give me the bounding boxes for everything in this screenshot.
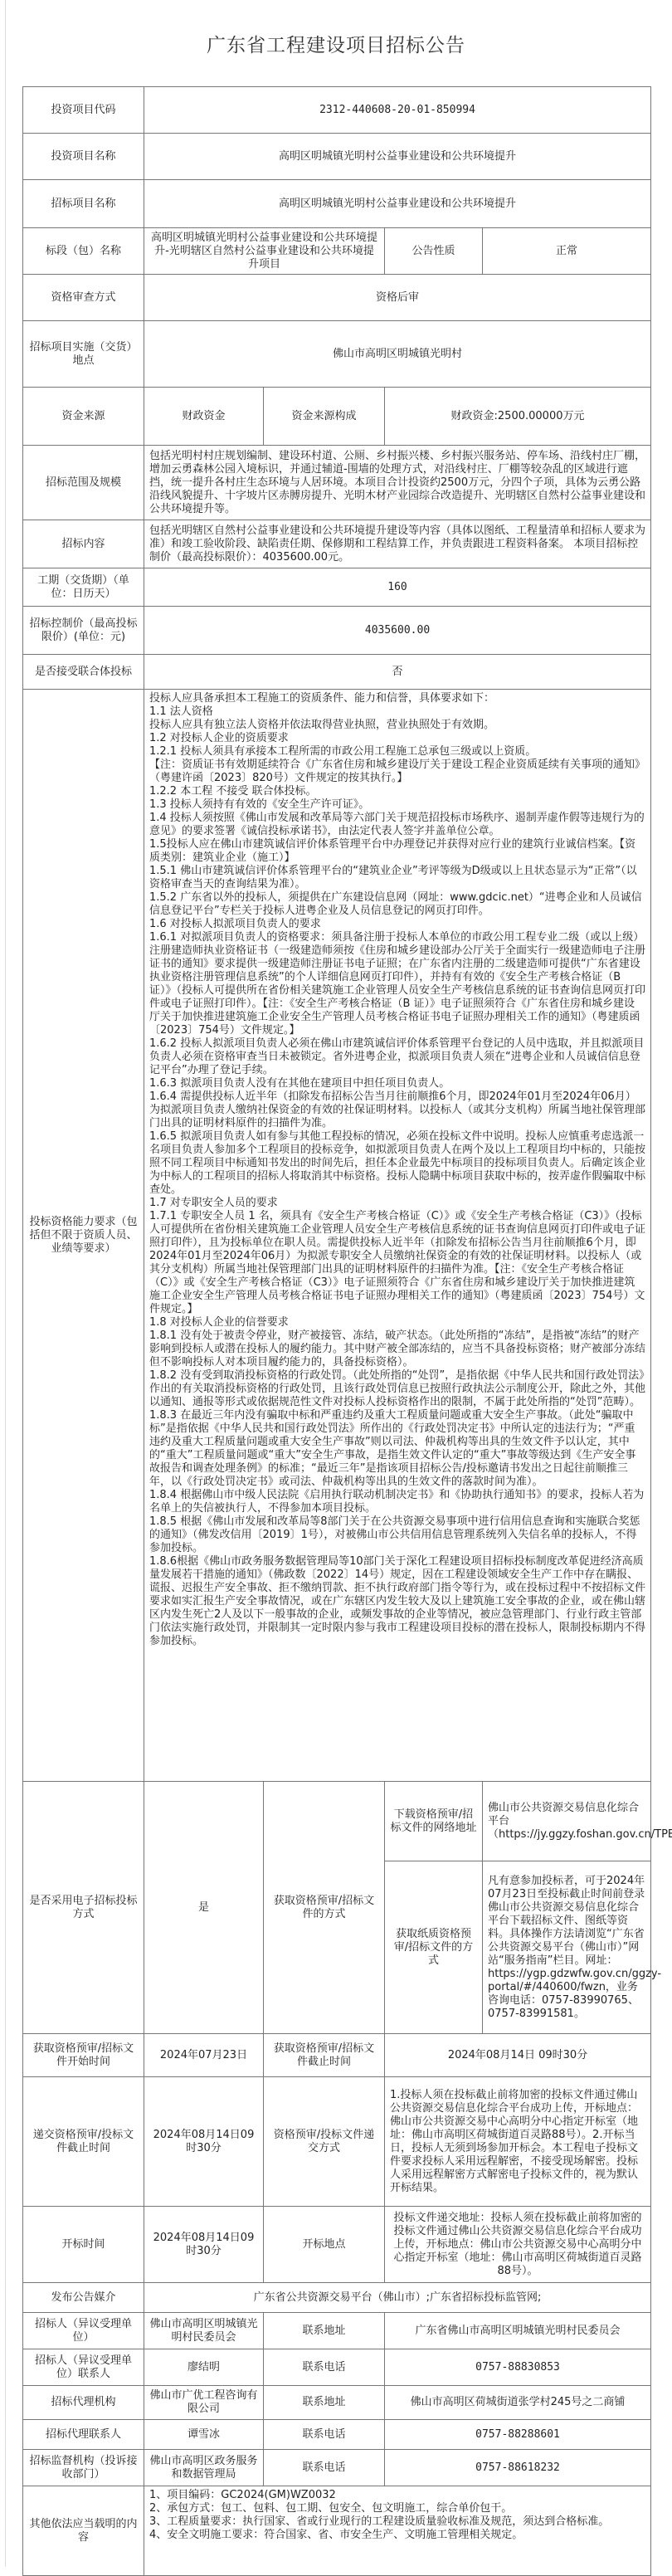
tenderer-value: 佛山市高明区明城镇光明村民委员会 [144, 2313, 264, 2349]
tender-name-label: 招标项目名称 [23, 180, 144, 228]
supervisor-phone-value: 0757-88618232 [385, 2450, 651, 2486]
qualification-paragraph: 1.8.2 没有受到取消投标资格的行政处罚。（此处所指的“处罚”，是指依据《中华… [149, 1369, 645, 1409]
qualification-paragraph: 1.5投标人应在佛山市建筑诚信评价体系管理平台中办理登记并获得对应行业的建筑行业… [149, 838, 645, 865]
tenderer-address-value: 广东省佛山市高明区明城镇光明村民委员会 [385, 2313, 651, 2349]
other-line: 3、工程质量要求：执行国家、省或行业现行的工程建设质量验收标准及规范，须达到合格… [149, 2515, 645, 2529]
agency-address-value: 佛山市高明区荷城街道张学村245号之二商铺 [385, 2386, 651, 2420]
supervisor-phone-label: 联系电话 [264, 2450, 385, 2486]
qualification-paragraph: 1.8.4 根据佛山市中级人民法院《启用执行联动机制决定书》和《协助执行通知书》… [149, 1489, 645, 1515]
qualification-paragraph: 1.4 投标人须按照《佛山市发展和改革局等六部门关于规范招投标市场秩序、遏制弄虚… [149, 812, 645, 838]
row-other: 其他依法应当载明的内容 1、项目编码：GC2024(GM)WZ0032 2、承包… [23, 2486, 651, 2576]
review-method-value: 资格后审 [144, 275, 651, 321]
qualification-paragraph: 1.7 对专职安全人员的要求 [149, 1197, 645, 1210]
qualification-paragraph: 1.5.1 佛山市建筑诚信评价体系管理平台的“建筑业企业”考评等级为D级或以上且… [149, 865, 645, 891]
other-line: 1、项目编码：GC2024(GM)WZ0032 [149, 2489, 645, 2502]
qualification-label: 投标资格能力要求（包括但不限于资质人员、业绩等要求） [23, 690, 144, 1782]
paper-method-value: 凡有意参加投标者，可于2024年07月23日至投标截止时间前登录佛山市公共资源交… [483, 1861, 651, 2034]
submit-method-label: 资格预审/投标文件递交方式 [264, 2077, 385, 2207]
row-content: 招标内容 包括光明辖区自然村公益事业建设和公共环境提升建设等内容（具体以图纸、工… [23, 520, 651, 568]
row-invest-code: 投资项目代码 2312-440608-20-01-850994 [23, 87, 651, 134]
agency-phone-value: 0757-88288601 [385, 2420, 651, 2450]
consortium-label: 是否接受联合体投标 [23, 655, 144, 690]
qualification-paragraph: 1.8.1 没有处于被责令停业，财产被接管、冻结，破产状态。（此处所指的“冻结”… [149, 1329, 645, 1369]
obtain-start-value: 2024年07月23日 [144, 2034, 264, 2077]
supervisor-label: 招标监督机构（投诉接收部门） [23, 2450, 144, 2486]
obtain-start-label: 获取资格预审/招标文件开始时间 [23, 2034, 144, 2077]
row-opening: 开标时间 2024年08月14日09时30分 开标地点 投标文件递交地址：投标人… [23, 2207, 651, 2283]
tenderer-address-label: 联系地址 [264, 2313, 385, 2349]
qualification-paragraph: 1.8 对投标人企业的信誉要求 [149, 1316, 645, 1329]
section-name-value: 高明区明城镇光明村公益事业建设和公共环境提升-光明辖区自然村公益事业建设和公共环… [144, 228, 385, 275]
row-location: 招标项目实施（交货）地点 佛山市高明区明城镇光明村 [23, 321, 651, 388]
agency-contact-label: 招标代理联系人 [23, 2420, 144, 2450]
qualification-paragraph: 1.3 投标人须持有有效的《安全生产许可证》。 [149, 798, 645, 812]
qualification-paragraph: 1.7.1 专职安全人员 1 名，须具有《安全生产考核合格证（C）》或《安全生产… [149, 1210, 645, 1316]
other-body: 1、项目编码：GC2024(GM)WZ0032 2、承包方式：包工、包料、包工期… [144, 2486, 651, 2576]
tender-name-value: 高明区明城镇光明村公益事业建设和公共环境提升 [144, 180, 651, 228]
row-obtain-time: 获取资格预审/招标文件开始时间 2024年07月23日 获取资格预审/招标文件截… [23, 2034, 651, 2077]
content-value: 包括光明辖区自然村公益事业建设和公共环境提升建设等内容（具体以图纸、工程量清单和… [144, 520, 651, 568]
obtain-method-label: 获取资格预审/招标文件的方式 [264, 1782, 385, 2034]
duration-label: 工期（交货期）（单位：日历天） [23, 568, 144, 607]
scope-value: 包括光明村村庄规划编制、建设环村道、公厕、乡村振兴楼、乡村振兴服务站、停车场、沿… [144, 446, 651, 520]
row-control-price: 招标控制价（最高投标限价）(单位：元) 4035600.00 [23, 607, 651, 655]
qualification-paragraph: 1.8.5 根据《佛山市发展和改革局等8部门关于在公共资源交易事项中进行信用信息… [149, 1515, 645, 1555]
row-electronic-download: 是否采用电子招标投标方式 是 获取资格预审/招标文件的方式 下载资格预审/招标文… [23, 1782, 651, 1861]
notice-nature-label: 公告性质 [385, 228, 483, 275]
notice-page: 广东省工程建设项目招标公告 投资项目代码 2312-440608-20-01-8… [0, 0, 672, 2567]
row-section-name: 标段（包）名称 高明区明城镇光明村公益事业建设和公共环境提升-光明辖区自然村公益… [23, 228, 651, 275]
opening-time-value: 2024年08月14日09时30分 [144, 2207, 264, 2283]
electronic-label: 是否采用电子招标投标方式 [23, 1782, 144, 2034]
qualification-paragraph: 1.2.2 本工程 不接受 联合体投标。 [149, 785, 645, 798]
consortium-value: 否 [144, 655, 651, 690]
row-media: 发布公告媒介 广东省公共资源交易平台（佛山市）;广东省招标投标监管网; [23, 2283, 651, 2313]
notice-table: 投资项目代码 2312-440608-20-01-850994 投资项目名称 高… [22, 86, 651, 2576]
section-name-label: 标段（包）名称 [23, 228, 144, 275]
media-value: 广东省公共资源交易平台（佛山市）;广东省招标投标监管网; [144, 2283, 651, 2313]
location-label: 招标项目实施（交货）地点 [23, 321, 144, 388]
other-line: 2、承包方式：包工、包料、包工期、包安全、包文明施工，综合单价包干。 [149, 2502, 645, 2515]
qualification-paragraph: 1.6.5 拟派项目负责人如有参与其他工程投标的情况，必须在投标文件中说明。投标… [149, 1130, 645, 1197]
agency-label: 招标代理机构 [23, 2386, 144, 2420]
opening-place-value: 投标文件递交地址：投标人须在投标截止前将加密的投标文件通过佛山公共资源交易信息化… [385, 2207, 651, 2283]
qualification-paragraph: 投标人应具备承担本工程施工的资质条件、能力和信誉，具体要求如下： [149, 692, 645, 705]
qualification-paragraph: 【注：资质证书有效期延续符合《广东省住房和城乡建设厅关于建设工程企业资质延续有关… [149, 759, 645, 785]
qualification-paragraph: 1.1 法人资格 [149, 705, 645, 719]
opening-place-label: 开标地点 [264, 2207, 385, 2283]
qualification-paragraph: 1.6.2 投标人拟派项目负责人必须在佛山市建筑诚信评价体系管理平台登记的人员中… [149, 1037, 645, 1077]
obtain-end-label: 获取资格预审/招标文件截止时间 [264, 2034, 385, 2077]
media-label: 发布公告媒介 [23, 2283, 144, 2313]
row-consortium: 是否接受联合体投标 否 [23, 655, 651, 690]
scope-label: 招标范围及规模 [23, 446, 144, 520]
qualification-paragraph: 1.6 对投标人拟派项目负责人的要求 [149, 918, 645, 931]
tenderer-label: 招标人（异议受理单位） [23, 2313, 144, 2349]
page-left-rule [5, 0, 6, 2567]
obtain-end-value: 2024年08月14日 09时30分 [385, 2034, 651, 2077]
tenderer-phone-label: 联系电话 [264, 2349, 385, 2386]
invest-name-value: 高明区明城镇光明村公益事业建设和公共环境提升 [144, 134, 651, 180]
notice-nature-value: 正常 [483, 228, 651, 275]
funding-composition-value: 财政资金:2500.00000万元 [385, 388, 651, 446]
tenderer-contact-value: 廖结明 [144, 2349, 264, 2386]
review-method-label: 资格审查方式 [23, 275, 144, 321]
qualification-paragraph: 1.6.3 拟派项目负责人没有在其他在建项目中担任项目负责人。 [149, 1077, 645, 1090]
submit-method-value: 1.投标人须在投标截止前将加密的投标文件通过佛山公共资源交易信息化综合平台成功上… [385, 2077, 651, 2207]
download-url-label: 下载资格预审/招标文件的网络地址 [385, 1782, 483, 1861]
tenderer-contact-label: 招标人（异议受理单位）联系人 [23, 2349, 144, 2386]
funding-composition-label: 资金来源构成 [264, 388, 385, 446]
agency-address-label: 联系地址 [264, 2386, 385, 2420]
qualification-paragraph: 1.8.3 在最近三年内没有骗取中标和严重违约及重大工程质量问题或重大安全生产事… [149, 1409, 645, 1489]
electronic-value: 是 [144, 1782, 264, 2034]
page-title: 广东省工程建设项目招标公告 [0, 0, 672, 86]
row-agency-contact: 招标代理联系人 谭雪冰 联系电话 0757-88288601 [23, 2420, 651, 2450]
qualification-paragraph: 1.6.4 需提供投标人近半年（扣除发布招标公告当月往前顺推6个月，即2024年… [149, 1090, 645, 1130]
row-tender-name: 招标项目名称 高明区明城镇光明村公益事业建设和公共环境提升 [23, 180, 651, 228]
qualification-paragraph: 投标人应具有独立法人资格并依法取得营业执照，营业执照处于有效期。 [149, 719, 645, 732]
opening-time-label: 开标时间 [23, 2207, 144, 2283]
invest-name-label: 投资项目名称 [23, 134, 144, 180]
submit-deadline-label: 递交资格预审/投标文件截止时间 [23, 2077, 144, 2207]
submit-deadline-value: 2024年08月14日09时30分 [144, 2077, 264, 2207]
invest-code-value: 2312-440608-20-01-850994 [144, 87, 651, 134]
control-price-value: 4035600.00 [144, 607, 651, 655]
qualification-paragraph: 1.6.1 对拟派项目负责人的资格要求：须具备注册于投标人本单位的市政公用工程专… [149, 931, 645, 1037]
control-price-label: 招标控制价（最高投标限价）(单位：元) [23, 607, 144, 655]
invest-code-label: 投资项目代码 [23, 87, 144, 134]
row-invest-name: 投资项目名称 高明区明城镇光明村公益事业建设和公共环境提升 [23, 134, 651, 180]
other-label: 其他依法应当载明的内容 [23, 2486, 144, 2576]
row-agency: 招标代理机构 佛山市广优工程咨询有限公司 联系地址 佛山市高明区荷城街道张学村2… [23, 2386, 651, 2420]
row-tenderer: 招标人（异议受理单位） 佛山市高明区明城镇光明村民委员会 联系地址 广东省佛山市… [23, 2313, 651, 2349]
row-scope: 招标范围及规模 包括光明村村庄规划编制、建设环村道、公厕、乡村振兴楼、乡村振兴服… [23, 446, 651, 520]
agency-phone-label: 联系电话 [264, 2420, 385, 2450]
row-qualification: 投标资格能力要求（包括但不限于资质人员、业绩等要求） 投标人应具备承担本工程施工… [23, 690, 651, 1782]
agency-contact-value: 谭雪冰 [144, 2420, 264, 2450]
duration-value: 160 [144, 568, 651, 607]
download-url-value[interactable]: 佛山市公共资源交易信息化综合平台 （https://jy.ggzy.foshan… [483, 1782, 651, 1861]
funding-value: 财政资金 [144, 388, 264, 446]
row-supervisor: 招标监督机构（投诉接收部门） 佛山市高明区政务服务和数据管理局 联系电话 075… [23, 2450, 651, 2486]
supervisor-value: 佛山市高明区政务服务和数据管理局 [144, 2450, 264, 2486]
row-review-method: 资格审查方式 资格后审 [23, 275, 651, 321]
row-tenderer-contact: 招标人（异议受理单位）联系人 廖结明 联系电话 0757-88830853 [23, 2349, 651, 2386]
other-line: 4、安全文明施工要求：符合国家、省、市安全生产、文明施工管理相关规定。 [149, 2529, 645, 2542]
tenderer-phone-value: 0757-88830853 [385, 2349, 651, 2386]
row-duration: 工期（交货期）（单位：日历天） 160 [23, 568, 651, 607]
row-funding: 资金来源 财政资金 资金来源构成 财政资金:2500.00000万元 [23, 388, 651, 446]
qualification-paragraph: 1.8.6根据《佛山市政务服务数据管理局等10部门关于深化工程建设项目招标投标制… [149, 1555, 645, 1648]
qualification-paragraph: 1.2.1 投标人须具有承接本工程所需的市政公用工程施工总承包三级或以上资质。 [149, 745, 645, 759]
row-submit: 递交资格预审/投标文件截止时间 2024年08月14日09时30分 资格预审/投… [23, 2077, 651, 2207]
location-value: 佛山市高明区明城镇光明村 [144, 321, 651, 388]
qualification-paragraph: 1.5.2 广东省以外的投标人，须提供在广东建设信息网（网址：www.gdcic… [149, 891, 645, 918]
qualification-paragraph: 1.2 对投标人企业的资质要求 [149, 732, 645, 745]
agency-value: 佛山市广优工程咨询有限公司 [144, 2386, 264, 2420]
qualification-body: 投标人应具备承担本工程施工的资质条件、能力和信誉，具体要求如下： 1.1 法人资… [144, 690, 651, 1782]
funding-label: 资金来源 [23, 388, 144, 446]
content-label: 招标内容 [23, 520, 144, 568]
paper-method-label: 获取纸质资格预审/招标文件的方式 [385, 1861, 483, 2034]
